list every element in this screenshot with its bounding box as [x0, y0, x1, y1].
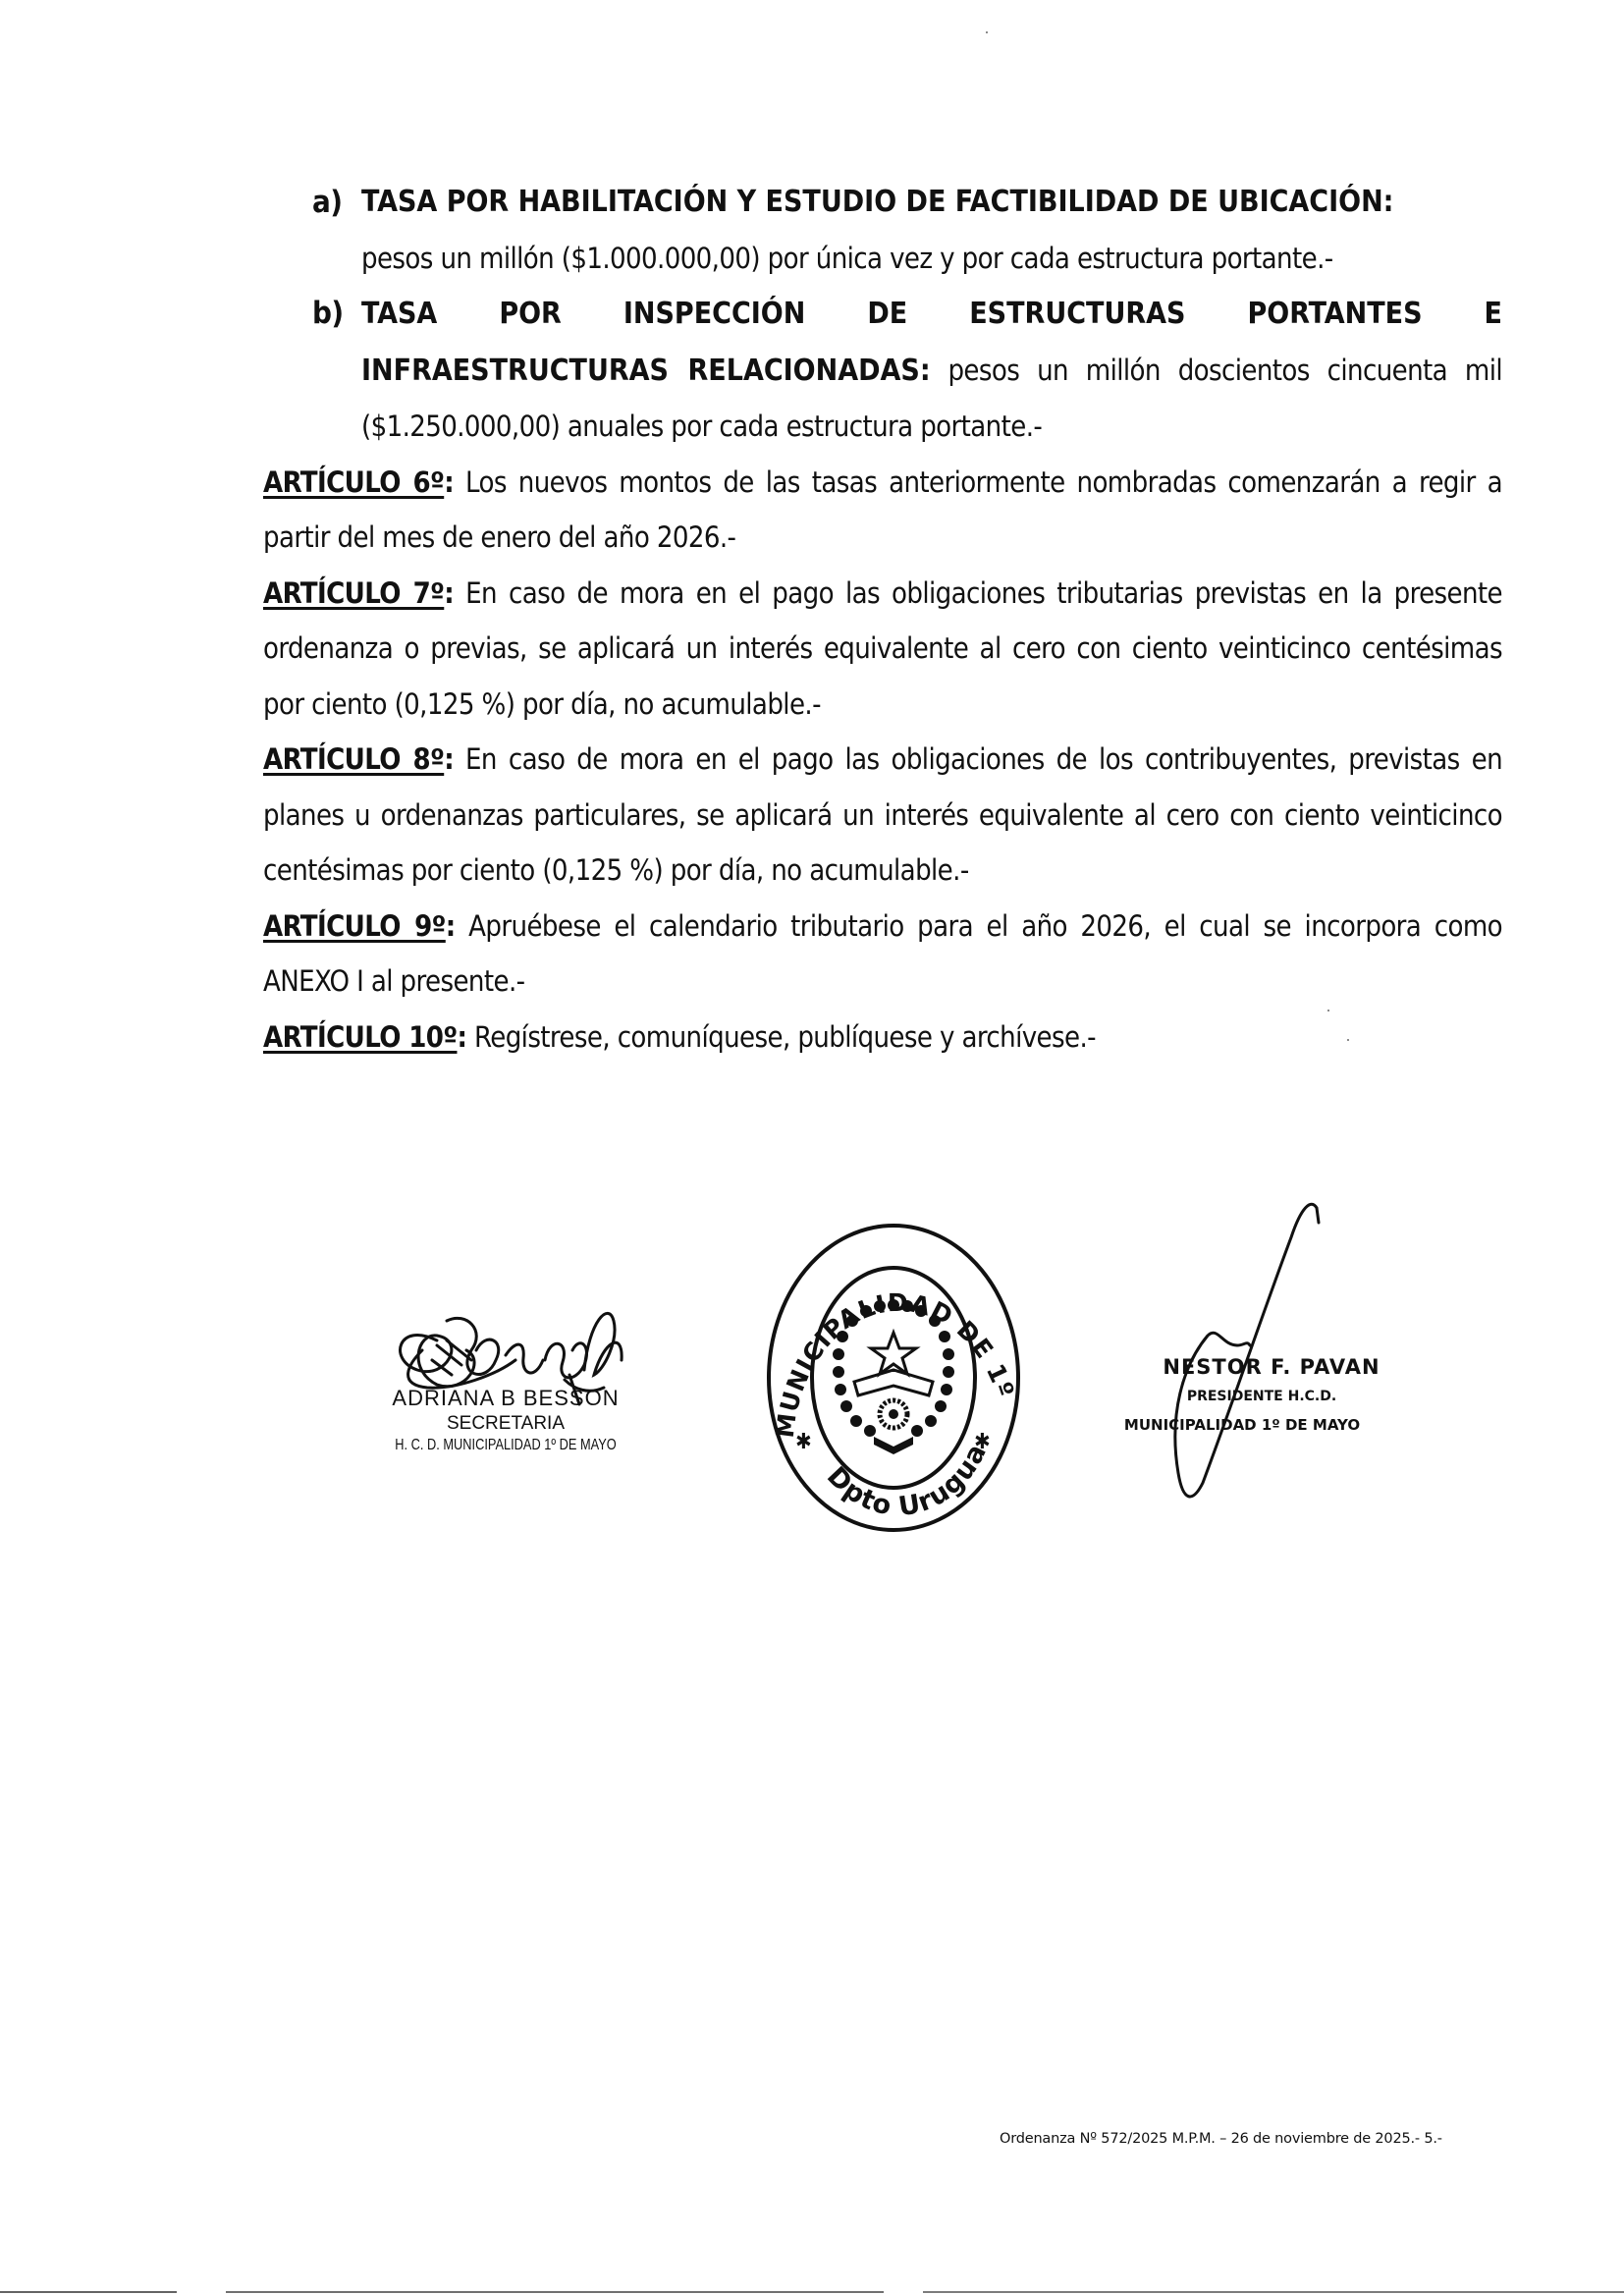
document-page: a) TASA POR HABILITACIÓN Y ESTUDIO DE FA… [0, 0, 1624, 2295]
article-label: ARTÍCULO 9º [263, 909, 446, 943]
fee-item-b: b) TASA POR INSPECCIÓN DE ESTRUCTURAS PO… [263, 286, 1502, 455]
item-marker: b) [312, 286, 344, 342]
scan-speck [1327, 1010, 1329, 1011]
signer-organization: H. C. D. MUNICIPALIDAD 1º DE MAYO [392, 1437, 620, 1454]
scan-speck [986, 31, 988, 33]
municipal-seal: MUNICIPALIDAD DE 1º DE MAYO Dpto Uruguay… [756, 1213, 1031, 1537]
article-8: ARTÍCULO 8º: En caso de mora en el pago … [263, 732, 1502, 899]
article-label: ARTÍCULO 7º [263, 576, 444, 610]
svg-text:✱: ✱ [795, 1430, 812, 1454]
svg-text:MUNICIPALIDAD DE 1º DE MAYO: MUNICIPALIDAD DE 1º DE MAYO [756, 1213, 1022, 1440]
article-10: ARTÍCULO 10º: Regístrese, comuníquese, p… [263, 1010, 1502, 1066]
item-body: TASA POR INSPECCIÓN DE ESTRUCTURAS PORTA… [361, 286, 1502, 455]
seal-emblem-icon: MUNICIPALIDAD DE 1º DE MAYO Dpto Uruguay… [756, 1213, 1031, 1537]
article-label: ARTÍCULO 6º [263, 465, 444, 499]
handwritten-signature-icon [1085, 1178, 1399, 1512]
fee-item-a: a) TASA POR HABILITACIÓN Y ESTUDIO DE FA… [263, 175, 1502, 286]
page-footer: Ordenanza Nº 572/2025 M.P.M. – 26 de nov… [1000, 2131, 1442, 2147]
article-text: Regístrese, comuníquese, publíquese y ar… [474, 1020, 1096, 1054]
document-body: a) TASA POR HABILITACIÓN Y ESTUDIO DE FA… [263, 175, 1502, 1065]
signer-organization: MUNICIPALIDAD 1º DE MAYO [1085, 1416, 1399, 1434]
signer-role: SECRETARIA [363, 1413, 648, 1435]
seal-top-text: MUNICIPALIDAD DE 1º DE MAYO [756, 1213, 1022, 1440]
item-heading: TASA POR HABILITACIÓN Y ESTUDIO DE FACTI… [361, 175, 1502, 231]
scan-speck [1347, 1039, 1349, 1041]
article-9: ARTÍCULO 9º: Apruébese el calendario tri… [263, 899, 1502, 1010]
item-marker: a) [312, 175, 342, 231]
article-label: ARTÍCULO 8º [263, 742, 444, 776]
signer-stamp: NESTOR F. PAVAN PRESIDENTE H.C.D. MUNICI… [1085, 1355, 1399, 1434]
signature-president: NESTOR F. PAVAN PRESIDENTE H.C.D. MUNICI… [1085, 1178, 1399, 1512]
article-7: ARTÍCULO 7º: En caso de mora en el pago … [263, 566, 1502, 733]
signer-name: ADRIANA B BESSON [363, 1386, 648, 1411]
signer-role: PRESIDENTE H.C.D. [1085, 1389, 1399, 1404]
article-6: ARTÍCULO 6º: Los nuevos montos de las ta… [263, 455, 1502, 566]
scan-edge-line [0, 2291, 1624, 2293]
signer-name: NESTOR F. PAVAN [1085, 1355, 1399, 1379]
signature-secretary: ADRIANA B BESSON SECRETARIA H. C. D. MUN… [363, 1282, 648, 1454]
article-label: ARTÍCULO 10º [263, 1020, 457, 1054]
item-text: pesos un millón ($1.000.000,00) por únic… [361, 231, 1502, 287]
svg-text:✱: ✱ [974, 1430, 991, 1454]
